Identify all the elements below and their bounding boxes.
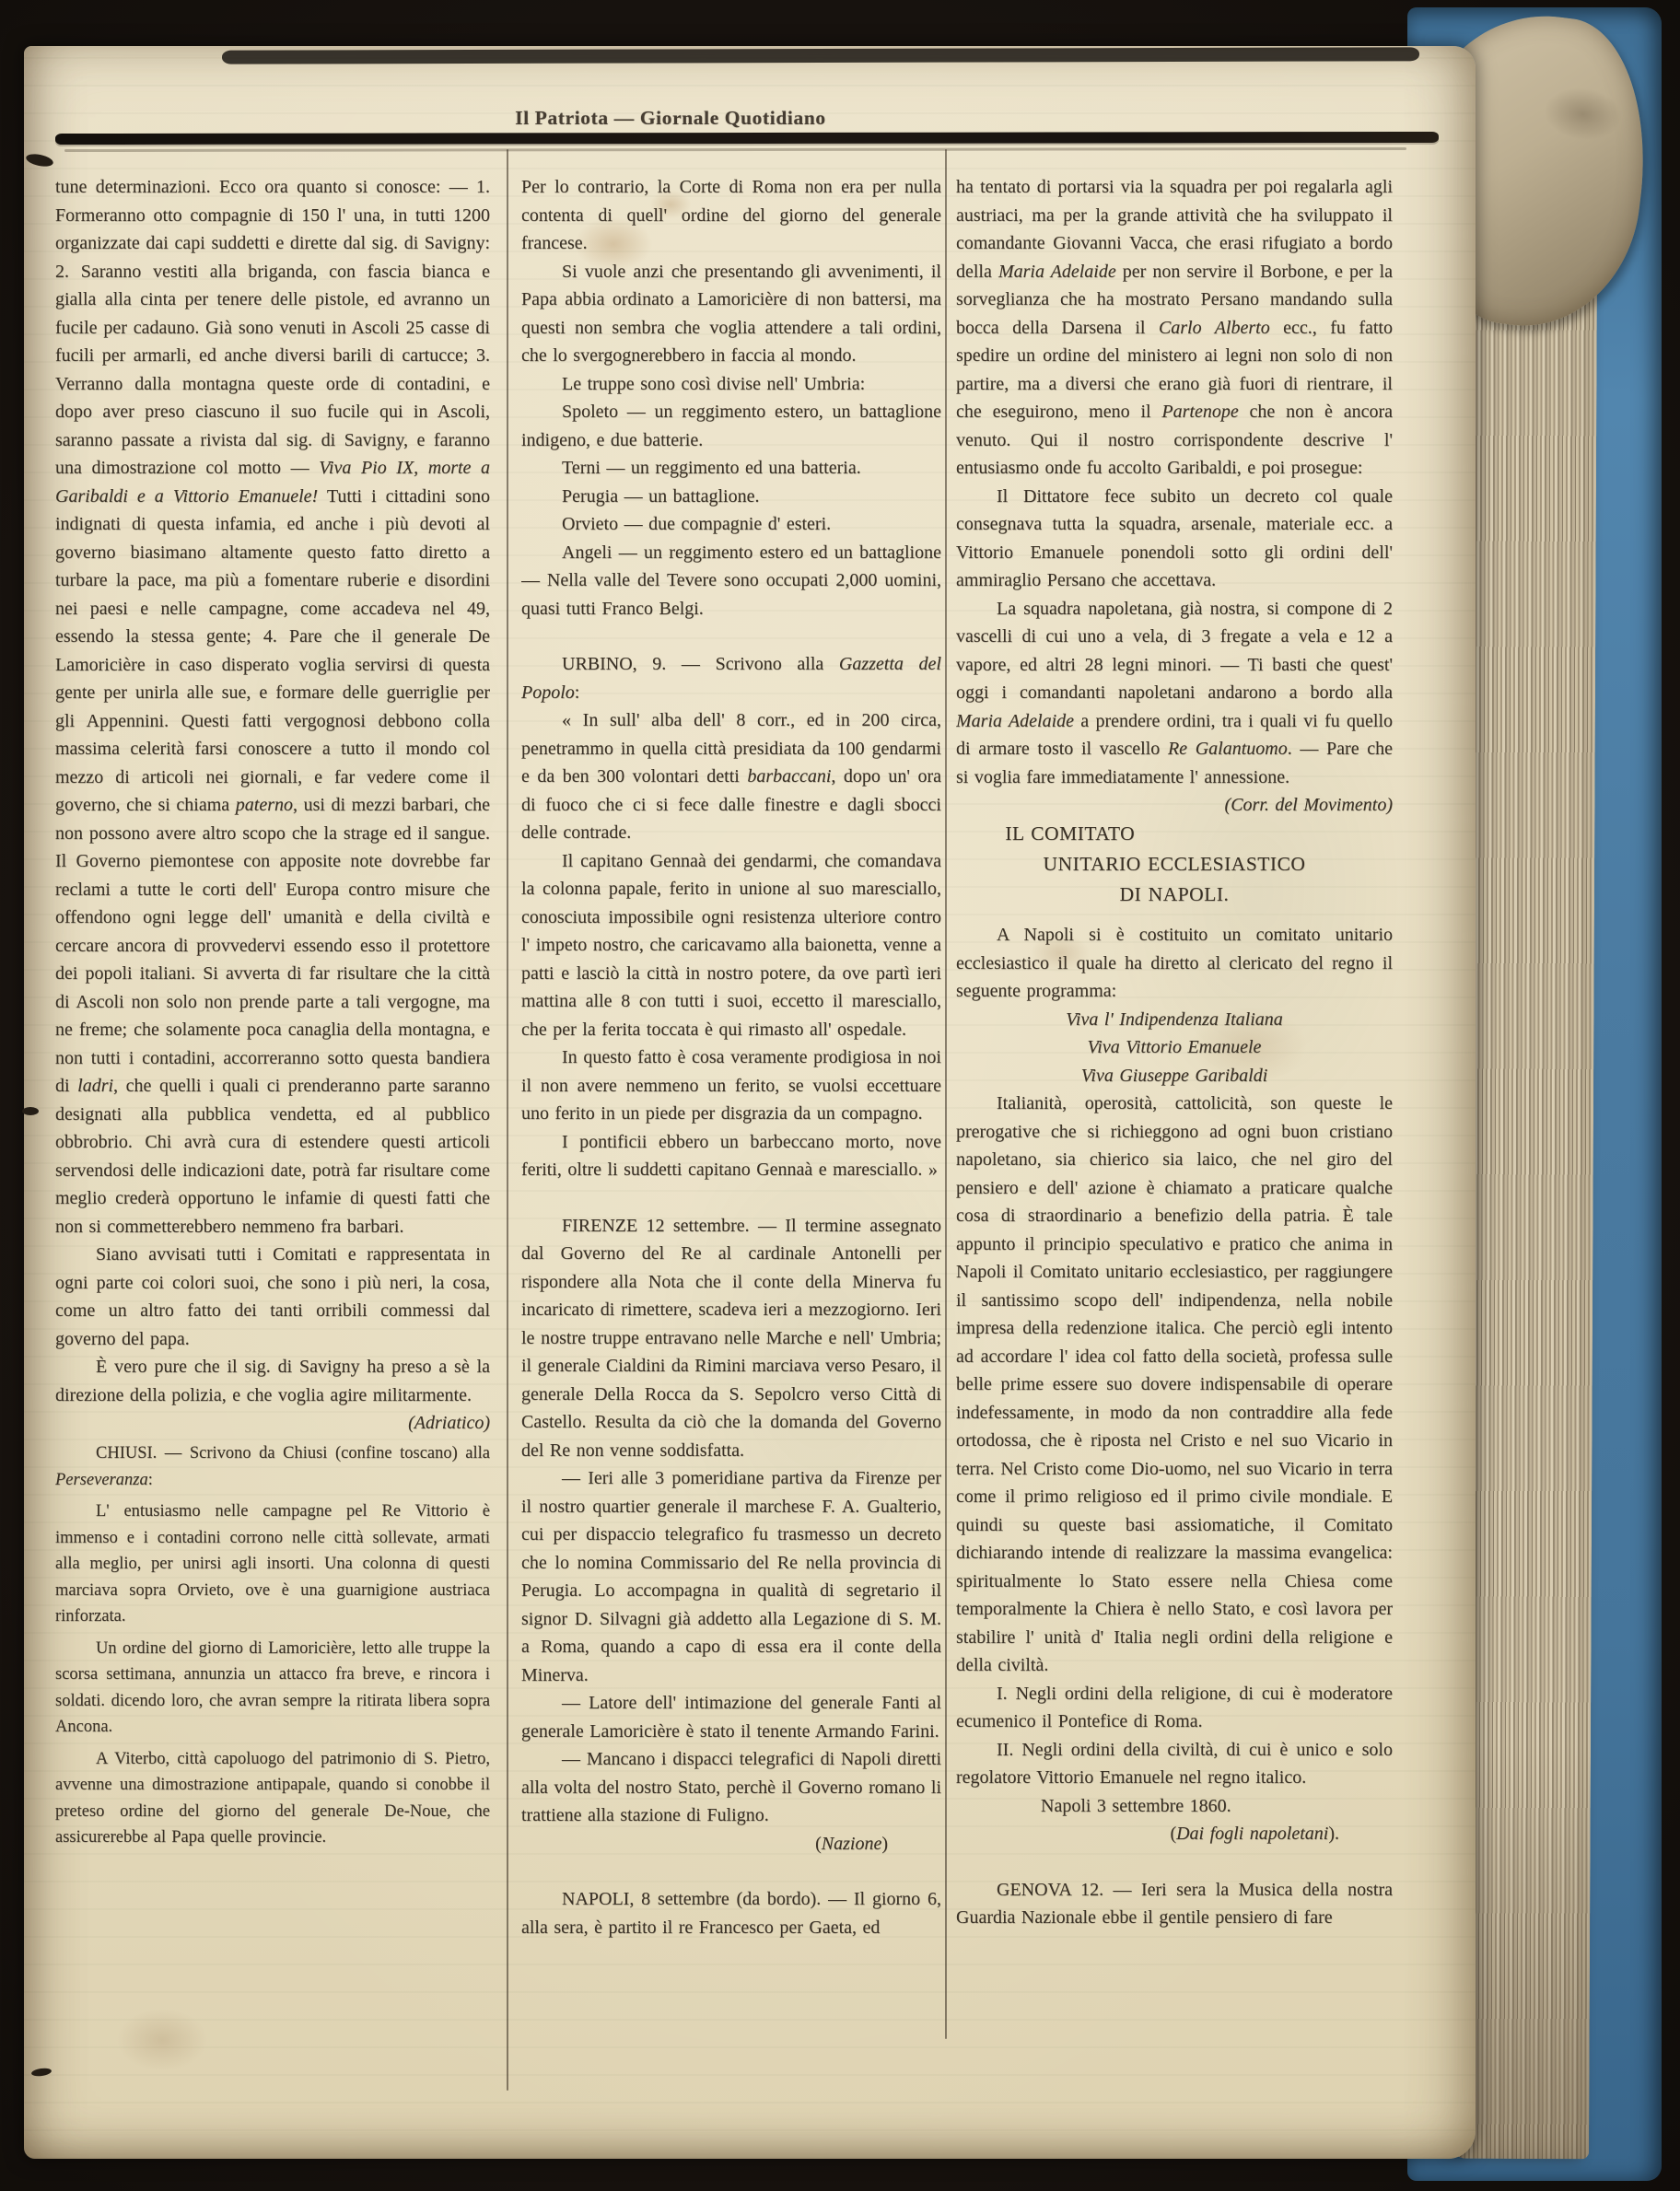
article-urbino: URBINO, 9. — Scrivono alla Gazzetta del … (521, 650, 941, 706)
article-roma: Si vuole anzi che presentando gli avveni… (521, 258, 941, 370)
article-roma: Angeli — un reggimento estero ed un batt… (521, 539, 941, 624)
article-chiusi: CHIUSI. — Scrivono da Chiusi (confine to… (55, 1440, 490, 1493)
article-napoli: NAPOLI, 8 settembre (da bordo). — Il gio… (521, 1885, 941, 1941)
article-chiusi: A Viterbo, città capoluogo del patrimoni… (55, 1746, 490, 1851)
article-roma: Le truppe sono così divise nell' Umbria: (521, 370, 941, 399)
article-urbino: I pontificii ebbero un barbeccano morto,… (521, 1128, 941, 1184)
newspaper-masthead: Il Patriota — Giornale Quotidiano (0, 107, 1396, 130)
article-firenze: — Mancano i dispacci telegrafici di Napo… (521, 1745, 941, 1830)
article-comitato: Viva Giuseppe Garibaldi (956, 1062, 1393, 1090)
column-3: ha tentato di portarsi via la squadra pe… (956, 173, 1393, 2024)
article-firenze: (Nazione) (521, 1830, 941, 1859)
ink-speck (25, 152, 54, 169)
article-comitato: Viva l' Indipendenza Italiana (956, 1006, 1393, 1034)
article-comitato: II. Negli ordini della civiltà, di cui è… (956, 1736, 1393, 1792)
ink-speck (31, 2068, 52, 2078)
article-comitato: A Napoli si è costituito un comitato uni… (956, 921, 1393, 1006)
article-firenze: — Ieri alle 3 pomeridiane partiva da Fir… (521, 1464, 941, 1689)
article-roma: Spoleto — un reggimento estero, un batta… (521, 398, 941, 454)
source-attribution: (Corr. del Movimento) (1184, 791, 1393, 820)
masthead-rule (55, 132, 1439, 145)
article-roma: Orvieto — due compagnie d' esteri. (521, 510, 941, 539)
article-squadra: Il Dittatore fece subito un decreto col … (956, 483, 1393, 595)
article-comitato: Napoli 3 settembre 1860. (956, 1792, 1393, 1821)
page-top-edge-shadow (222, 47, 1419, 64)
article-roma: Perugia — un battaglione. (521, 483, 941, 511)
article-roma: Terni — un reggimento ed una batteria. (521, 454, 941, 483)
article-firenze: — Latore dell' intimazione del generale … (521, 1689, 941, 1745)
article-comitato: I. Negli ordini della religione, di cui … (956, 1680, 1393, 1736)
article-squadra: La squadra napoletana, già nostra, si co… (956, 595, 1393, 792)
source-attribution: (Adriatico) (367, 1409, 490, 1438)
article-urbino: « In sull' alba dell' 8 corr., ed in 200… (521, 706, 941, 847)
column-2: Per lo contrario, la Corte di Roma non e… (521, 173, 941, 2098)
article-squadra: ha tentato di portarsi via la squadra pe… (956, 173, 1393, 483)
newspaper-page: Il Patriota — Giornale Quotidiano tune d… (24, 46, 1476, 2159)
ink-speck (22, 1107, 39, 1115)
article-ascoli: Siano avvisati tutti i Comitati e rappre… (55, 1241, 490, 1353)
comitato-heading: DI NAPOLI. (956, 880, 1393, 910)
article-comitato: Italianità, operosità, cattolicità, son … (956, 1090, 1393, 1680)
column-divider (945, 149, 947, 2039)
article-urbino: In questo fatto è cosa veramente prodigi… (521, 1043, 941, 1128)
column-1: tune determinazioni. Ecco ora quanto si … (55, 173, 490, 2080)
article-roma: Per lo contrario, la Corte di Roma non e… (521, 173, 941, 258)
article-chiusi: L' entusiasmo nelle campagne pel Re Vitt… (55, 1498, 490, 1630)
article-genova: GENOVA 12. — Ieri sera la Musica della n… (956, 1876, 1393, 1932)
article-ascoli: tune determinazioni. Ecco ora quanto si … (55, 173, 490, 1241)
article-chiusi: Un ordine del giorno di Lamoricière, let… (55, 1636, 490, 1741)
article-ascoli: È vero pure che il sig. di Savigny ha pr… (55, 1353, 490, 1409)
photo-backdrop: { "palette":{ "background":"#17120e", "p… (0, 0, 1680, 2191)
article-comitato: Viva Vittorio Emanuele (956, 1033, 1393, 1062)
article-urbino: Il capitano Gennaà dei gendarmi, che com… (521, 847, 941, 1044)
comitato-heading: IL COMITATO UNITARIO ECCLESIASTICO (956, 819, 1393, 880)
article-comitato: (Dai fogli napoletani). (956, 1820, 1393, 1848)
article-firenze: FIRENZE 12 settembre. — Il termine asseg… (521, 1212, 941, 1465)
column-divider (507, 149, 508, 2091)
